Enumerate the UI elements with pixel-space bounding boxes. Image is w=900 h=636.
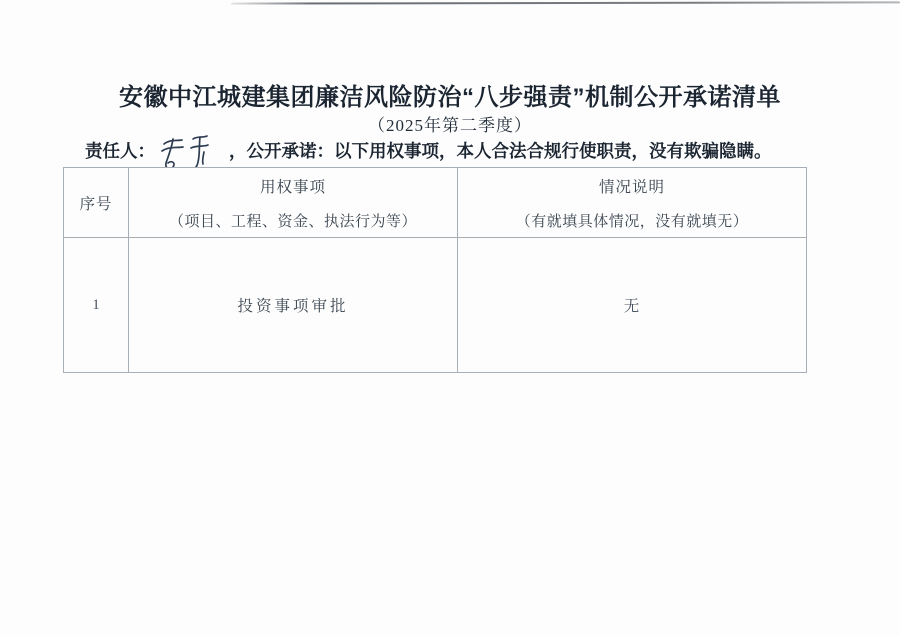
scanned-document-page: 安徽中江城建集团廉洁风险防治“八步强责”机制公开承诺清单 （2025年第二季度）… <box>0 0 900 636</box>
cell-situation: 无 <box>458 238 807 373</box>
cell-serial-number: 1 <box>64 238 129 373</box>
cell-power-matter: 投资事项审批 <box>129 238 458 373</box>
page-subtitle: （2025年第二季度） <box>0 111 900 136</box>
page-title: 安徽中江城建集团廉洁风险防治“八步强责”机制公开承诺清单 <box>0 77 900 112</box>
header-situation-stack: 情况说明 （有就填具体情况，没有就填无） <box>458 175 806 231</box>
commitment-table: 序号 用权事项 （项目、工程、资金、执法行为等） 情况说明 （有就填具体情况，没… <box>63 167 807 373</box>
declaration-suffix: ，公开承诺：以下用权事项，本人合法合规行使职责，没有欺骗隐瞒。 <box>229 139 772 163</box>
header-power-matters-title: 用权事项 <box>129 175 457 197</box>
header-serial-number: 序号 <box>64 168 129 238</box>
header-power-matters-stack: 用权事项 （项目、工程、资金、执法行为等） <box>129 175 457 231</box>
header-situation-note: （有就填具体情况，没有就填无） <box>458 210 806 231</box>
table-header-row: 序号 用权事项 （项目、工程、资金、执法行为等） 情况说明 （有就填具体情况，没… <box>64 168 807 238</box>
header-situation: 情况说明 （有就填具体情况，没有就填无） <box>458 168 807 238</box>
header-power-matters: 用权事项 （项目、工程、资金、执法行为等） <box>129 168 458 238</box>
header-serial-label: 序号 <box>79 196 112 213</box>
header-situation-title: 情况说明 <box>458 175 806 197</box>
declaration-prefix: 责任人： <box>85 139 155 163</box>
header-power-matters-note: （项目、工程、资金、执法行为等） <box>129 210 457 231</box>
table-row: 1 投资事项审批 无 <box>64 238 807 373</box>
scan-artifact-top-edge <box>231 1 900 4</box>
